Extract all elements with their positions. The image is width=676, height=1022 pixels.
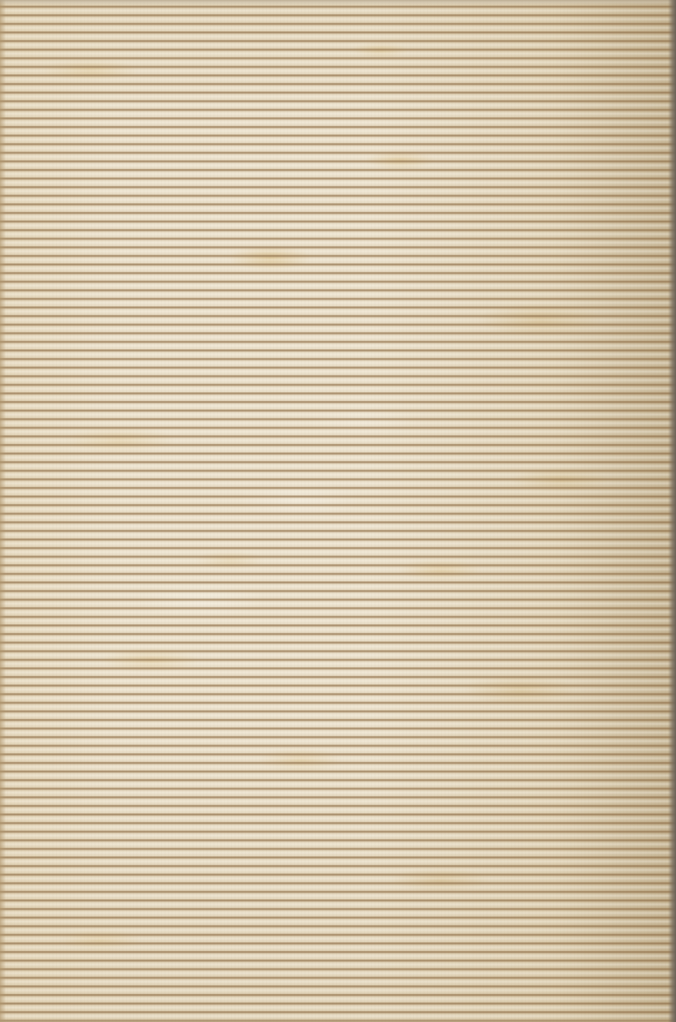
- rug-bottom-edge: [0, 1018, 676, 1022]
- rug-fiber-grain: [0, 0, 676, 1022]
- rug-left-edge: [0, 0, 6, 1022]
- rug-top-edge: [0, 0, 676, 5]
- rug-photo: Rectangular cream rug with fine horizont…: [0, 0, 676, 1022]
- rug-right-edge-binding: [668, 0, 676, 1022]
